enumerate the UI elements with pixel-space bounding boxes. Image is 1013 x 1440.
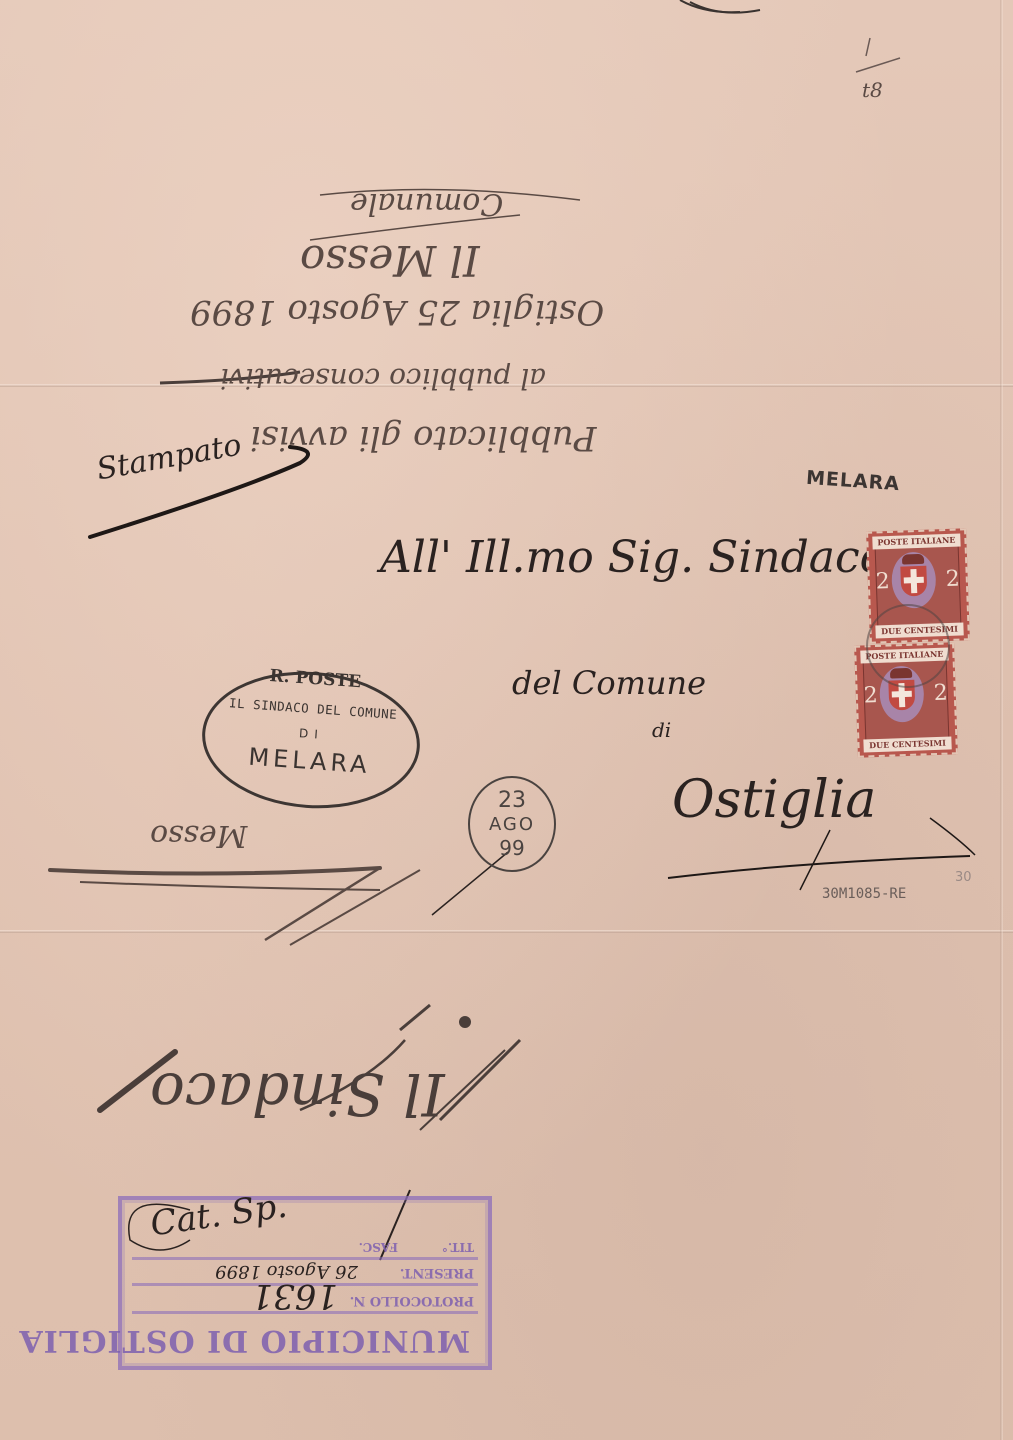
stamp-value-right: 2 [945, 567, 960, 592]
upside-annotation-messo: Il Messo [300, 236, 480, 285]
upside-signature-messo: Messo [150, 818, 247, 853]
fasc-label: FASC. [359, 1240, 398, 1254]
postmark-year: 99 [470, 836, 554, 860]
catalog-suffix: 30 [955, 870, 972, 885]
address-line-1: All' Ill.mo Sig. Sindaco [380, 532, 886, 583]
stamp-value-left: 2 [863, 683, 878, 708]
date-postmark: 23 AGO 99 [468, 776, 556, 872]
upside-annotation-date: Ostiglia 25 Agosto 1899 [190, 292, 604, 332]
stamp-value-left: 2 [875, 569, 890, 594]
tit-label: TIT.° [442, 1240, 474, 1254]
stamp-value-right: 2 [933, 681, 948, 706]
present-date: 26 Agosto 1899 [215, 1261, 358, 1282]
protocol-label: PROTOCOLLO N. [350, 1293, 474, 1308]
upside-annotation-pubblicato: Pubblicato gli avvisi [250, 418, 597, 458]
address-line-2: del Comune [512, 664, 706, 702]
document-sheet: t8 30M1085-RE 30 Comunale Il Messo Ostig… [0, 0, 1013, 1440]
crown-icon [902, 554, 924, 565]
address-line-4: Ostiglia [672, 770, 876, 830]
catalog-number: 30M1085-RE [822, 886, 906, 902]
upside-annotation-comunale: Comunale [350, 186, 503, 221]
stamp-bottom-label: DUE CENTESIMI [863, 736, 951, 752]
lower-signature-sindaco: Il Sindaco [150, 1060, 445, 1128]
protocol-number: 1631 [251, 1276, 338, 1316]
present-label: PRESENT. [400, 1265, 474, 1280]
address-line-3: di [652, 718, 671, 742]
oval-stamp-line2: IL SINDACO DEL COMUNE [207, 694, 420, 724]
archive-pencil-note: t8 [862, 78, 883, 102]
receiving-stamp-title: MUNICIPIO DI OSTIGLIA [18, 1323, 470, 1358]
upside-annotation-consecutivi: al pubblico consecutivi [220, 362, 546, 395]
stamp-cancel-ring [866, 604, 950, 688]
postmark-month: AGO [470, 814, 554, 835]
postmark-day: 23 [470, 788, 554, 813]
